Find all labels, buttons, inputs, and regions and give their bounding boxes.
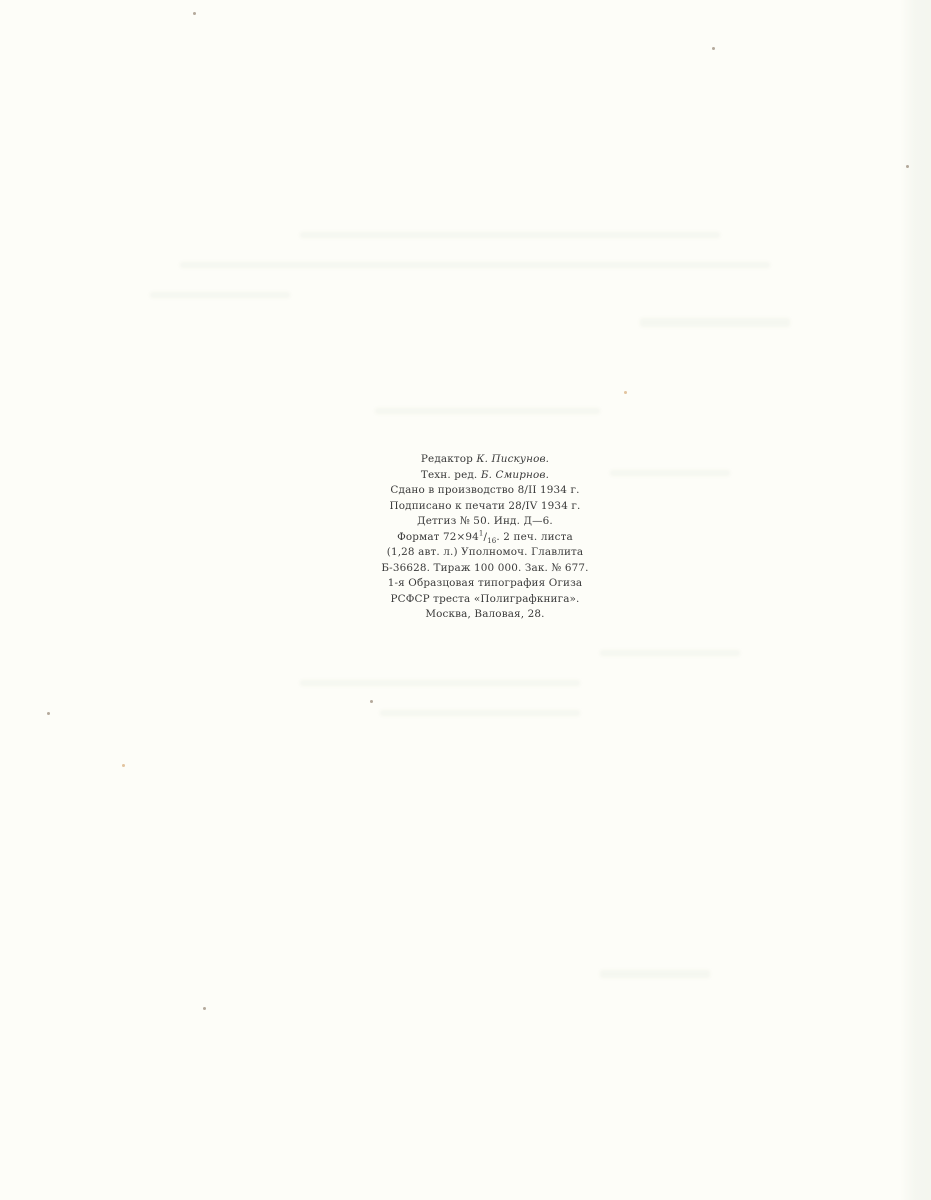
paper-speck bbox=[906, 165, 909, 168]
format-fraction-numerator: 1 bbox=[479, 529, 484, 537]
submitted-line: Сдано в производство 8/II 1934 г. bbox=[360, 483, 610, 499]
editor-name: К. Пискунов. bbox=[476, 453, 549, 465]
tech-editor-line: Техн. ред. Б. Смирнов. bbox=[360, 468, 610, 484]
bleed-through-line bbox=[600, 650, 740, 656]
paper-speck bbox=[122, 764, 125, 767]
paper-speck bbox=[370, 700, 373, 703]
paper-speck bbox=[203, 1007, 206, 1010]
bleed-through-line bbox=[610, 470, 730, 476]
page: Редактор К. Пискунов. Техн. ред. Б. Смир… bbox=[0, 0, 931, 1200]
format-prefix: Формат 72×94 bbox=[397, 531, 479, 543]
editor-label: Редактор bbox=[421, 453, 473, 465]
tech-editor-label: Техн. ред. bbox=[421, 469, 477, 481]
print-run-line: Б-36628. Тираж 100 000. Зак. № 677. bbox=[360, 561, 610, 577]
printer-line-1: 1-я Образцовая типография Огиза bbox=[360, 576, 610, 592]
address-line: Москва, Валовая, 28. bbox=[360, 607, 610, 623]
signed-line: Подписано к печати 28/IV 1934 г. bbox=[360, 499, 610, 515]
bleed-through-line bbox=[640, 318, 790, 327]
paper-speck bbox=[47, 712, 50, 715]
paper-speck bbox=[712, 47, 715, 50]
bleed-through-line bbox=[300, 232, 720, 238]
bleed-through-line bbox=[375, 408, 600, 414]
tech-editor-name: Б. Смирнов. bbox=[481, 469, 549, 481]
bleed-through-line bbox=[380, 710, 580, 716]
bleed-through-line bbox=[180, 262, 770, 268]
bleed-through-line bbox=[150, 292, 290, 298]
bleed-through-line bbox=[300, 680, 580, 686]
format-line: Формат 72×941/16. 2 печ. листа bbox=[360, 530, 610, 546]
paper-speck bbox=[193, 12, 196, 15]
format-suffix: . 2 печ. листа bbox=[496, 531, 572, 543]
author-sheets-line: (1,28 авт. л.) Уполномоч. Главлита bbox=[360, 545, 610, 561]
printer-line-2: РСФСР треста «Полиграфкнига». bbox=[360, 592, 610, 608]
editor-line: Редактор К. Пискунов. bbox=[360, 452, 610, 468]
bleed-through-line bbox=[600, 970, 710, 978]
paper-speck bbox=[624, 391, 627, 394]
imprint-block: Редактор К. Пискунов. Техн. ред. Б. Смир… bbox=[360, 452, 610, 623]
publisher-index-line: Детгиз № 50. Инд. Д—6. bbox=[360, 514, 610, 530]
